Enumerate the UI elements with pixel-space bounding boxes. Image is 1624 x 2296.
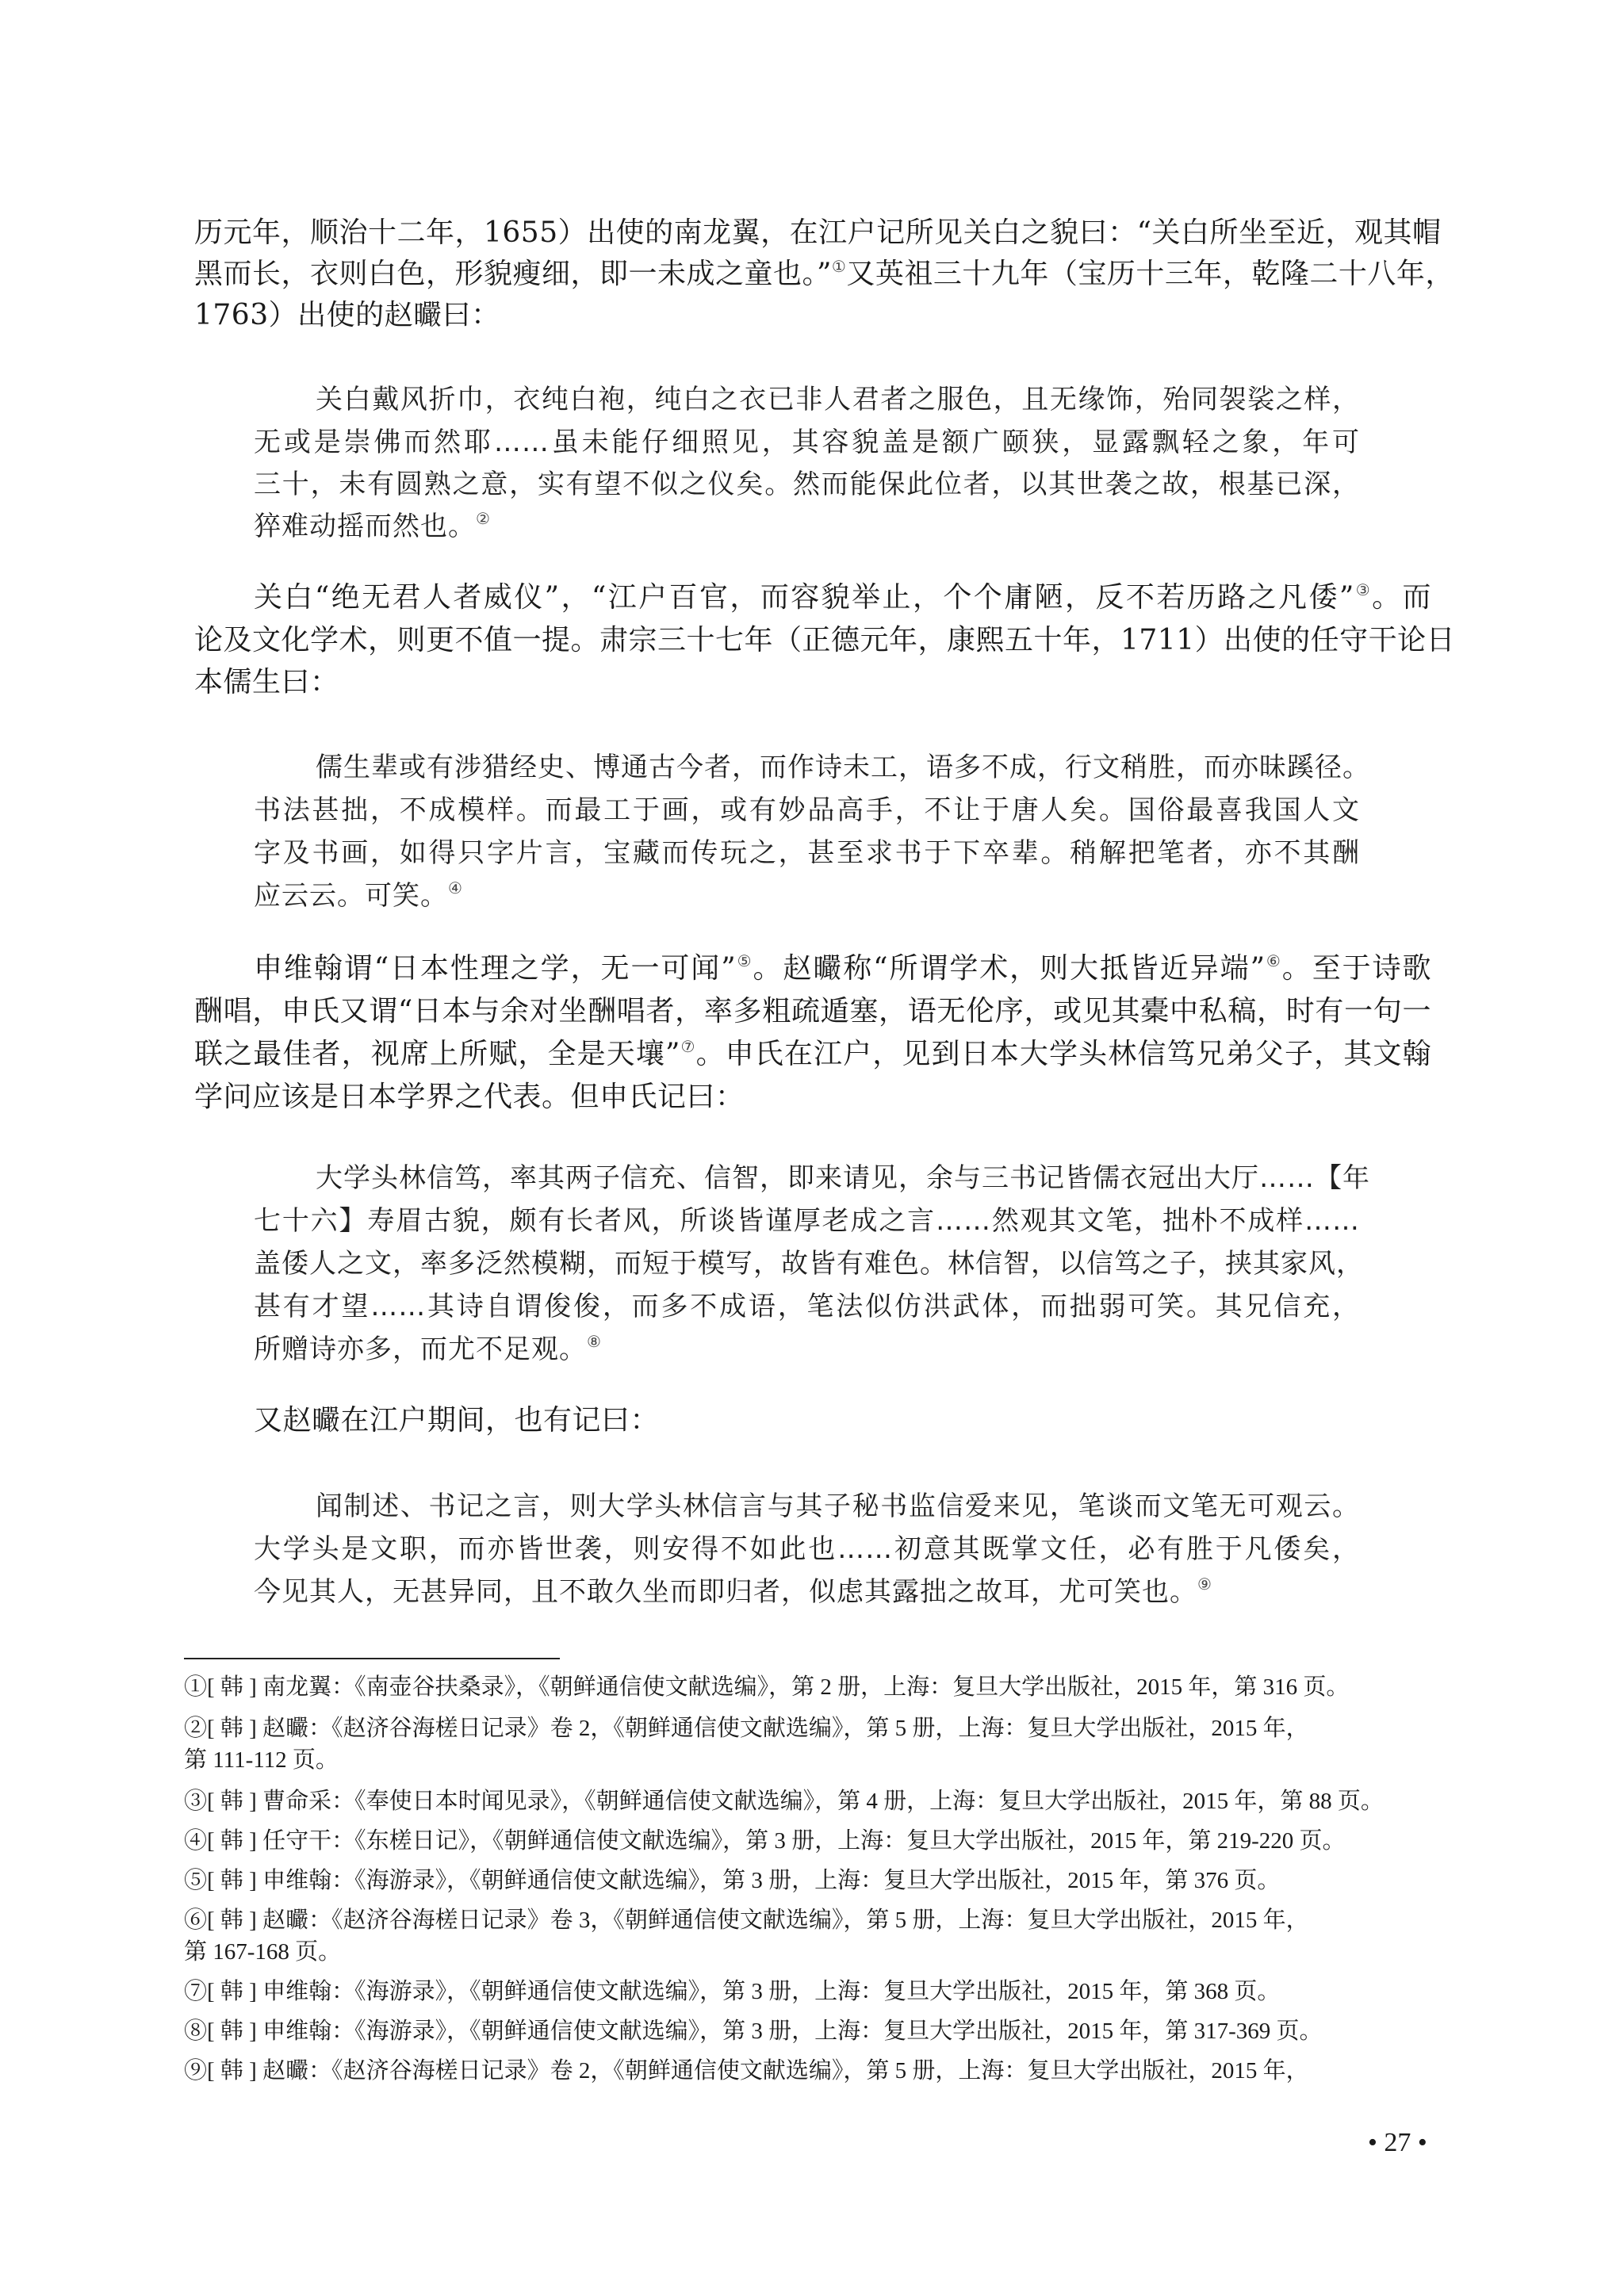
text-span: 。而 [1372, 581, 1431, 614]
footnote-marker[interactable]: ⑧ [587, 1332, 602, 1351]
block-quote-line: 甚有才望……其诗自谓俊俊，而多不成语，笔法似仿洪武体，而拙弱可笑。其兄信充， [254, 1286, 1360, 1327]
block-quote-line: 七十六】寿眉古貌，颇有长者风，所谈皆谨厚老成之言……然观其文笔，拙朴不成样…… [254, 1200, 1360, 1242]
text-span: 所赠诗亦多，而尤不足观。 [254, 1334, 587, 1365]
text-span: 关白戴风折巾，衣纯白袍，纯白之衣已非人君者之服色，且无缘饰，殆同袈裟之样， [316, 384, 1360, 415]
body-paragraph-line: 学问应该是日本学界之代表。但申氏记曰： [194, 1077, 1431, 1118]
page-number: • 27 • [1368, 2128, 1427, 2158]
text-span: 1763）出使的赵曮曰： [194, 299, 500, 331]
footnote-marker[interactable]: ⑦ [680, 1037, 696, 1056]
text-span: 大学头林信笃，率其两子信充、信智，即来请见，余与三书记皆儒衣冠出大厅……【年 [316, 1162, 1370, 1194]
text-span: 。申氏在江户，见到日本大学头林信笃兄弟父子，其文翰 [696, 1038, 1431, 1070]
block-quote-line: 猝难动摇而然也。② [254, 506, 1360, 547]
text-span: 论及文化学术，则更不值一提。肃宗三十七年（正德元年，康熙五十年，1711）出使的… [194, 624, 1455, 656]
body-paragraph-line: 论及文化学术，则更不值一提。肃宗三十七年（正德元年，康熙五十年，1711）出使的… [194, 620, 1431, 661]
body-paragraph-line: 1763）出使的赵曮曰： [194, 295, 1431, 336]
block-quote-line: 盖倭人之文，率多泛然模糊，而短于模写，故皆有难色。林信智，以信笃之子，挟其家风， [254, 1243, 1360, 1284]
footnote-marker[interactable]: ⑨ [1197, 1575, 1212, 1594]
text-span: 猝难动摇而然也。 [254, 511, 476, 542]
footnote-marker[interactable]: ⑤ [736, 951, 753, 970]
footnote-marker[interactable]: ④ [448, 878, 463, 897]
block-quote-line: 大学头是文职，而亦皆世袭，则安得不如此也……初意其既掌文任，必有胜于凡倭矣， [254, 1529, 1360, 1570]
footnote-marker[interactable]: ③ [1354, 580, 1372, 599]
footnote-1: ①[ 韩 ] 南龙翼：《南壶谷扶桑录》，《朝鲜通信使文献选编》，第 2 册，上海… [184, 1671, 1437, 1703]
text-span: 甚有才望……其诗自谓俊俊，而多不成语，笔法似仿洪武体，而拙弱可笑。其兄信充， [254, 1291, 1360, 1322]
footnote-7: ⑦[ 韩 ] 申维翰：《海游录》，《朝鲜通信使文献选编》，第 3 册，上海：复旦… [184, 1976, 1437, 2007]
text-span: 无或是崇佛而然耶……虽未能仔细照见，其容貌盖是额广颐狭，显露飘轻之象，年可 [254, 427, 1360, 458]
body-paragraph-line: 历元年，顺治十二年，1655）出使的南龙翼，在江户记所见关白之貌曰：“关白所坐至… [194, 212, 1431, 254]
block-quote-line: 无或是崇佛而然耶……虽未能仔细照见，其容貌盖是额广颐狭，显露飘轻之象，年可 [254, 422, 1360, 463]
block-quote-line: 应云云。可笑。④ [254, 875, 1360, 916]
block-quote-line: 今见其人，无甚异同，且不敢久坐而即归者，似虑其露拙之故耳，尤可笑也。⑨ [254, 1571, 1360, 1613]
text-span: 酬唱，申氏又谓“日本与余对坐酬唱者，率多粗疏遁塞，语无伦序，或见其橐中私稿，时有… [194, 995, 1431, 1027]
block-quote-line: 书法甚拙，不成模样。而最工于画，或有妙品高手，不让于唐人矣。国俗最喜我国人文 [254, 790, 1360, 831]
text-span: 闻制述、书记之言，则大学头林信言与其子秘书监信爱来见，笔谈而文笔无可观云。 [316, 1490, 1360, 1522]
text-span: 本儒生曰： [194, 666, 339, 698]
block-quote-line: 三十，未有圆熟之意，实有望不似之仪矣。然而能保此位者，以其世袭之故，根基已深， [254, 464, 1360, 505]
text-span: 。赵曮称“所谓学术，则大抵皆近异端” [753, 952, 1265, 985]
text-span: 今见其人，无甚异同，且不敢久坐而即归者，似虑其露拙之故耳，尤可笑也。 [254, 1576, 1197, 1608]
block-quote-line: 字及书画，如得只字片言，宝藏而传玩之，甚至求书于下卒辈。稍解把笔者，亦不其酬 [254, 832, 1360, 874]
text-span: 黑而长，衣则白色，形貌瘦细，即一未成之童也。” [194, 258, 832, 290]
text-span: 大学头是文职，而亦皆世袭，则安得不如此也……初意其既掌文任，必有胜于凡倭矣， [254, 1533, 1360, 1565]
body-paragraph-line: 酬唱，申氏又谓“日本与余对坐酬唱者，率多粗疏遁塞，语无伦序，或见其橐中私稿，时有… [194, 991, 1431, 1032]
footnote-9: ⑨[ 韩 ] 赵曮：《赵济谷海槎日记录》卷 2，《朝鲜通信使文献选编》，第 5 … [184, 2055, 1437, 2087]
body-paragraph-line: 本儒生曰： [194, 662, 1431, 703]
text-span: 又赵曮在江户期间，也有记曰： [254, 1404, 659, 1437]
body-paragraph-line: 申维翰谓“日本性理之学，无一可闻”⑤。赵曮称“所谓学术，则大抵皆近异端”⑥。至于… [254, 948, 1431, 989]
text-span: 联之最佳者，视席上所赋，全是天壤” [194, 1038, 680, 1070]
block-quote-line: 儒生辈或有涉猎经史、博通古今者，而作诗未工，语多不成，行文稍胜，而亦昧蹊径。 [316, 747, 1360, 788]
footnote-8: ⑧[ 韩 ] 申维翰：《海游录》，《朝鲜通信使文献选编》，第 3 册，上海：复旦… [184, 2015, 1437, 2047]
text-span: 三十，未有圆熟之意，实有望不似之仪矣。然而能保此位者，以其世袭之故，根基已深， [254, 469, 1360, 500]
block-quote-line: 所赠诗亦多，而尤不足观。⑧ [254, 1329, 1360, 1370]
text-span: 学问应该是日本学界之代表。但申氏记曰： [194, 1081, 745, 1113]
text-span: 应云云。可笑。 [254, 880, 448, 912]
text-span: 七十六】寿眉古貌，颇有长者风，所谈皆谨厚老成之言……然观其文笔，拙朴不成样…… [254, 1205, 1360, 1237]
footnote-5: ⑤[ 韩 ] 申维翰：《海游录》，《朝鲜通信使文献选编》，第 3 册，上海：复旦… [184, 1865, 1437, 1896]
body-paragraph-line: 黑而长，衣则白色，形貌瘦细，即一未成之童也。”①又英祖三十九年（宝历十三年，乾隆… [194, 254, 1431, 295]
text-span: 又英祖三十九年（宝历十三年，乾隆二十八年， [846, 258, 1454, 290]
footnote-4: ④[ 韩 ] 任守干：《东槎日记》，《朝鲜通信使文献选编》，第 3 册，上海：复… [184, 1825, 1437, 1857]
text-span: 盖倭人之文，率多泛然模糊，而短于模写，故皆有难色。林信智，以信笃之子，挟其家风， [254, 1248, 1364, 1280]
footnote-divider [184, 1658, 560, 1659]
text-span: 关白“绝无君人者威仪”，“江户百官，而容貌举止，个个庸陋，反不若历路之凡倭” [254, 581, 1354, 614]
block-quote-line: 闻制述、书记之言，则大学头林信言与其子秘书监信爱来见，笔谈而文笔无可观云。 [316, 1486, 1360, 1527]
block-quote-line: 大学头林信笃，率其两子信充、信智，即来请见，余与三书记皆儒衣冠出大厅……【年 [316, 1158, 1360, 1199]
footnote-marker[interactable]: ② [476, 509, 491, 528]
text-span: 儒生辈或有涉猎经史、博通古今者，而作诗未工，语多不成，行文稍胜，而亦昧蹊径。 [316, 752, 1370, 783]
footnote-3: ③[ 韩 ] 曹命采：《奉使日本时闻见录》，《朝鲜通信使文献选编》，第 4 册，… [184, 1785, 1437, 1817]
text-span: 。至于诗歌 [1282, 952, 1431, 985]
footnote-marker[interactable]: ① [832, 257, 846, 276]
footnote-6: ⑥[ 韩 ] 赵曮：《赵济谷海槎日记录》卷 3，《朝鲜通信使文献选编》，第 5 … [184, 1904, 1437, 1936]
footnote-2: ②[ 韩 ] 赵曮：《赵济谷海槎日记录》卷 2，《朝鲜通信使文献选编》，第 5 … [184, 1712, 1437, 1744]
text-span: 书法甚拙，不成模样。而最工于画，或有妙品高手，不让于唐人矣。国俗最喜我国人文 [254, 794, 1360, 826]
footnote-6-continued: 第 167-168 页。 [184, 1936, 1437, 1968]
footnote-marker[interactable]: ⑥ [1266, 951, 1282, 970]
footnote-2-continued: 第 111-112 页。 [184, 1744, 1437, 1776]
block-quote-line: 关白戴风折巾，衣纯白袍，纯白之衣已非人君者之服色，且无缘饰，殆同袈裟之样， [316, 379, 1360, 420]
text-span: 字及书画，如得只字片言，宝藏而传玩之，甚至求书于下卒辈。稍解把笔者，亦不其酬 [254, 837, 1360, 869]
body-paragraph-line: 联之最佳者，视席上所赋，全是天壤”⑦。申氏在江户，见到日本大学头林信笃兄弟父子，… [194, 1034, 1431, 1075]
document-page: 历元年，顺治十二年，1655）出使的南龙翼，在江户记所见关白之貌曰：“关白所坐至… [0, 0, 1624, 2296]
body-paragraph-line: 关白“绝无君人者威仪”，“江户百官，而容貌举止，个个庸陋，反不若历路之凡倭”③。… [254, 577, 1431, 618]
text-span: 申维翰谓“日本性理之学，无一可闻” [254, 952, 736, 985]
body-paragraph-line: 又赵曮在江户期间，也有记曰： [254, 1400, 1431, 1441]
text-span: 历元年，顺治十二年，1655）出使的南龙翼，在江户记所见关白之貌曰：“关白所坐至… [194, 216, 1442, 249]
